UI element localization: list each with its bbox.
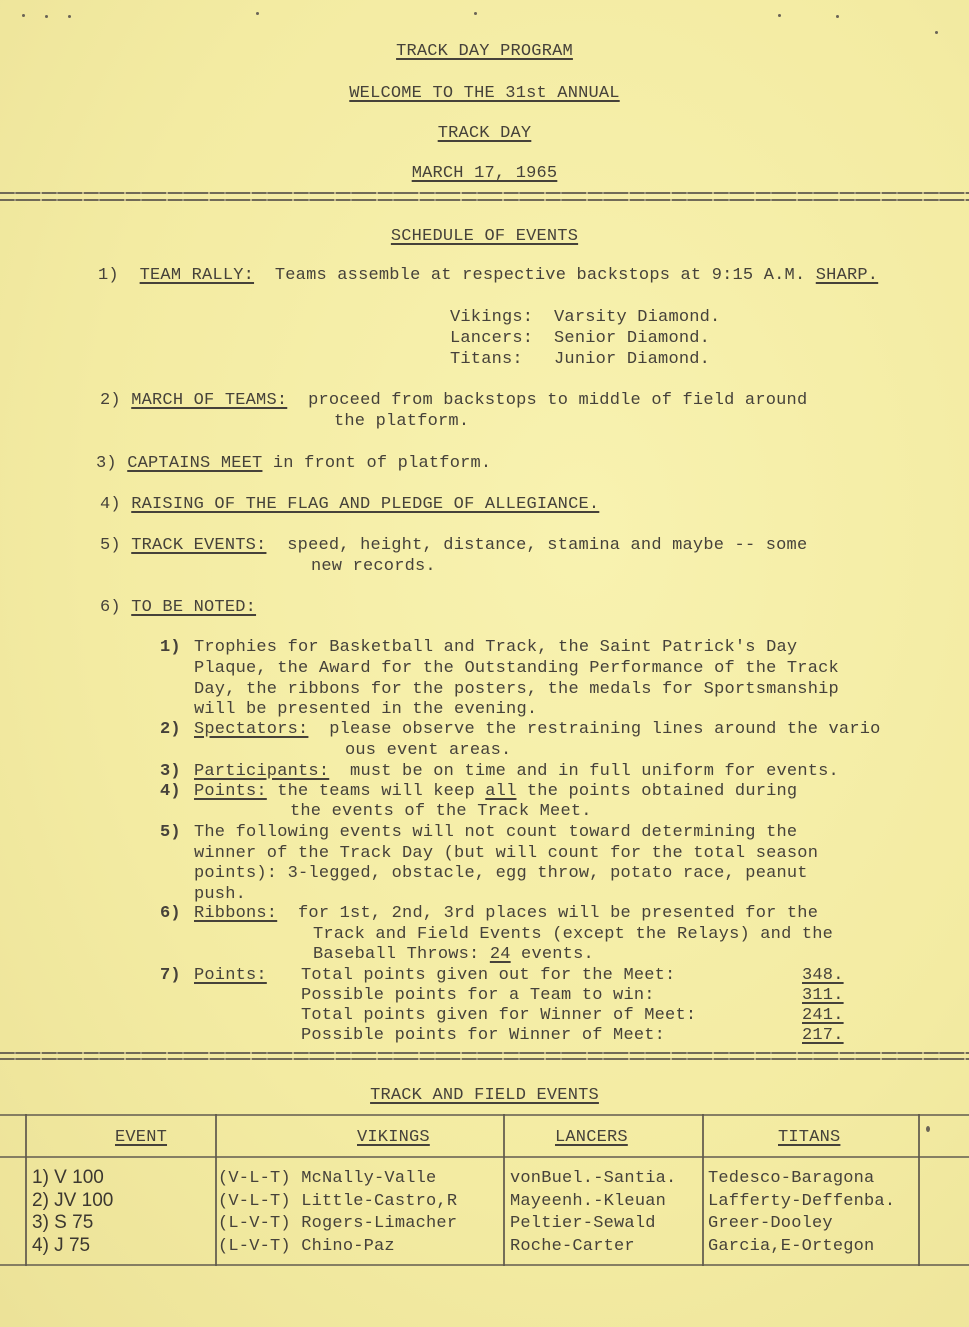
item-label: TO BE NOTED: xyxy=(131,598,256,617)
schedule-item-5-cont: new records. xyxy=(311,557,436,576)
schedule-item-5: 5) TRACK EVENTS: speed, height, distance… xyxy=(100,536,807,555)
schedule-item-2: 2) MARCH OF TEAMS: proceed from backstop… xyxy=(100,391,807,410)
column-header-vikings: VIKINGS xyxy=(357,1128,430,1147)
note-number: 1) xyxy=(160,638,181,657)
table-cell-lancers: Roche-Carter xyxy=(510,1237,635,1256)
table-cell-event: 3) S 75 xyxy=(32,1212,93,1234)
item-number: 5) xyxy=(100,536,121,555)
item-label: TEAM RALLY: xyxy=(140,266,254,285)
note-5-line: push. xyxy=(194,885,246,904)
note-emphasis: all xyxy=(485,782,516,801)
column-header-titans: TITANS xyxy=(778,1128,840,1147)
item-number: 3) xyxy=(96,454,117,473)
table-border xyxy=(0,1156,969,1158)
column-header-lancers: LANCERS xyxy=(555,1128,628,1147)
table-border xyxy=(0,1264,969,1266)
note-6: Ribbons: for 1st, 2nd, 3rd places will b… xyxy=(194,904,818,923)
item-number: 2) xyxy=(100,391,121,410)
assignment-row: Lancers: Senior Diamond. xyxy=(450,329,710,348)
track-day-line: TRACK DAY xyxy=(0,124,969,143)
item-label: TRACK EVENTS: xyxy=(131,536,266,555)
note-number: 3) xyxy=(160,762,181,781)
points-value: 217. xyxy=(802,1026,844,1045)
team-location: Junior Diamond. xyxy=(554,350,710,369)
note-number: 4) xyxy=(160,782,181,801)
note-label: Participants: xyxy=(194,762,329,781)
note-6-line: Track and Field Events (except the Relay… xyxy=(313,925,833,944)
ink-mark xyxy=(926,1126,930,1132)
note-3: Participants: must be on time and in ful… xyxy=(194,762,839,781)
note-number: 6) xyxy=(160,904,181,923)
table-cell-vikings: (V-L-T) McNally-Valle xyxy=(218,1169,436,1188)
paper-speck xyxy=(22,14,25,17)
table-cell-titans: Lafferty-Deffenba. xyxy=(708,1192,895,1211)
schedule-item-1: 1) TEAM RALLY: Teams assemble at respect… xyxy=(98,266,878,285)
note-4: Points: the teams will keep all the poin… xyxy=(194,782,797,801)
table-cell-titans: Greer-Dooley xyxy=(708,1214,833,1233)
item-number: 4) xyxy=(100,495,121,514)
item-emphasis: SHARP. xyxy=(816,266,878,285)
paper-speck xyxy=(256,12,259,15)
team-name: Titans: xyxy=(450,350,523,369)
events-table-title: TRACK AND FIELD EVENTS xyxy=(0,1086,969,1105)
paper-speck xyxy=(836,15,839,18)
date-line: MARCH 17, 1965 xyxy=(0,164,969,183)
assignment-row: Titans: Junior Diamond. xyxy=(450,350,710,369)
paper-speck xyxy=(778,14,781,17)
note-number: 5) xyxy=(160,823,181,842)
divider-rule xyxy=(0,192,969,194)
note-5-line: points): 3-legged, obstacle, egg throw, … xyxy=(194,864,808,883)
note-5-line: winner of the Track Day (but will count … xyxy=(194,844,818,863)
table-border xyxy=(25,1114,27,1266)
note-label: Points: xyxy=(194,782,267,801)
note-text: please observe the restraining lines aro… xyxy=(329,720,880,739)
note-2-cont: ous event areas. xyxy=(345,741,511,760)
points-label: Total points given for Winner of Meet: xyxy=(301,1006,696,1025)
schedule-item-6: 6) TO BE NOTED: xyxy=(100,598,256,617)
note-label: Points: xyxy=(194,966,267,985)
note-1-line: Trophies for Basketball and Track, the S… xyxy=(194,638,797,657)
note-text: events. xyxy=(511,945,594,964)
note-number: 7) xyxy=(160,966,181,985)
event-count: 24 xyxy=(490,945,511,964)
divider-rule xyxy=(0,1052,969,1054)
table-cell-lancers: Mayeenh.-Kleuan xyxy=(510,1192,666,1211)
table-cell-lancers: Peltier-Sewald xyxy=(510,1214,656,1233)
points-value: 311. xyxy=(802,986,844,1005)
note-label: Spectators: xyxy=(194,720,308,739)
schedule-item-3: 3) CAPTAINS MEET in front of platform. xyxy=(96,454,491,473)
table-cell-lancers: vonBuel.-Santia. xyxy=(510,1169,676,1188)
points-label: Total points given out for the Meet: xyxy=(301,966,675,985)
item-label: RAISING OF THE FLAG AND PLEDGE OF ALLEGI… xyxy=(131,495,599,514)
note-1-line: will be presented in the evening. xyxy=(194,700,537,719)
item-text: proceed from backstops to middle of fiel… xyxy=(308,391,807,410)
item-text: speed, height, distance, stamina and may… xyxy=(287,536,807,555)
note-text: the points obtained during xyxy=(516,782,797,801)
table-border xyxy=(918,1114,920,1266)
paper-speck xyxy=(45,15,48,18)
item-number: 1) xyxy=(98,266,119,285)
table-border xyxy=(503,1114,505,1266)
table-border xyxy=(215,1114,217,1266)
item-label: CAPTAINS MEET xyxy=(127,454,262,473)
assignment-row: Vikings: Varsity Diamond. xyxy=(450,308,720,327)
note-text: for 1st, 2nd, 3rd places will be present… xyxy=(298,904,818,923)
note-2: Spectators: please observe the restraini… xyxy=(194,720,881,739)
table-border xyxy=(702,1114,704,1266)
points-label: Possible points for a Team to win: xyxy=(301,986,655,1005)
welcome-line: WELCOME TO THE 31st ANNUAL xyxy=(0,84,969,103)
note-6-line: Baseball Throws: 24 events. xyxy=(313,945,594,964)
paper-speck xyxy=(935,31,938,34)
schedule-item-4: 4) RAISING OF THE FLAG AND PLEDGE OF ALL… xyxy=(100,495,599,514)
schedule-item-2-cont: the platform. xyxy=(334,412,469,431)
note-text: must be on time and in full uniform for … xyxy=(350,762,839,781)
divider-rule xyxy=(0,199,969,201)
table-border xyxy=(0,1114,969,1116)
paper-speck xyxy=(68,15,71,18)
note-1-line: Plaque, the Award for the Outstanding Pe… xyxy=(194,659,839,678)
note-4-cont: the events of the Track Meet. xyxy=(290,802,592,821)
item-text: in front of platform. xyxy=(273,454,491,473)
table-cell-vikings: (L-V-T) Chino-Paz xyxy=(218,1237,395,1256)
team-location: Varsity Diamond. xyxy=(554,308,720,327)
table-cell-event: 4) J 75 xyxy=(32,1235,90,1257)
note-number: 2) xyxy=(160,720,181,739)
table-cell-vikings: (L-V-T) Rogers-Limacher xyxy=(218,1214,457,1233)
note-1-line: Day, the ribbons for the posters, the me… xyxy=(194,680,839,699)
points-value: 241. xyxy=(802,1006,844,1025)
table-cell-event: 2) JV 100 xyxy=(32,1190,113,1212)
note-5-line: The following events will not count towa… xyxy=(194,823,797,842)
team-name: Vikings: xyxy=(450,308,533,327)
item-text: Teams assemble at respective backstops a… xyxy=(275,266,806,285)
points-value: 348. xyxy=(802,966,844,985)
divider-rule xyxy=(0,1058,969,1060)
team-location: Senior Diamond. xyxy=(554,329,710,348)
note-label: Ribbons: xyxy=(194,904,277,923)
note-text: Baseball Throws: xyxy=(313,945,490,964)
note-text: the teams will keep xyxy=(277,782,485,801)
program-title: TRACK DAY PROGRAM xyxy=(0,42,969,61)
paper-speck xyxy=(474,12,477,15)
table-cell-vikings: (V-L-T) Little-Castro,R xyxy=(218,1192,457,1211)
table-cell-titans: Garcia,E-Ortegon xyxy=(708,1237,874,1256)
item-label: MARCH OF TEAMS: xyxy=(131,391,287,410)
table-cell-event: 1) V 100 xyxy=(32,1167,104,1189)
table-cell-titans: Tedesco-Baragona xyxy=(708,1169,874,1188)
column-header-event: EVENT xyxy=(115,1128,167,1147)
schedule-title: SCHEDULE OF EVENTS xyxy=(0,227,969,246)
points-label: Possible points for Winner of Meet: xyxy=(301,1026,665,1045)
team-name: Lancers: xyxy=(450,329,533,348)
item-number: 6) xyxy=(100,598,121,617)
